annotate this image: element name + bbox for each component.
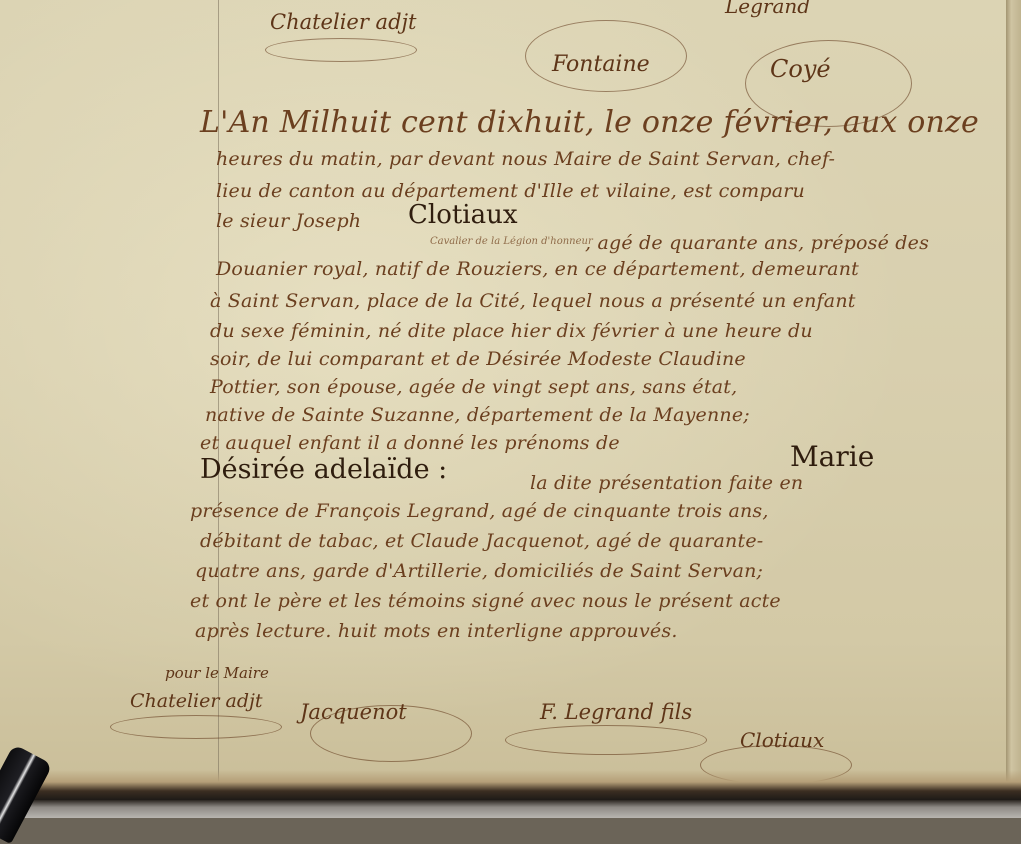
act-line-16: et ont le père et les témoins signé avec…: [190, 590, 781, 612]
father-surname: Clotiaux: [408, 200, 518, 230]
act-line-13: présence de François Legrand, agé de cin…: [190, 500, 769, 522]
act-line-9: Pottier, son épouse, agée de vingt sept …: [210, 376, 737, 398]
act-line-6: à Saint Servan, place de la Cité, lequel…: [210, 290, 856, 312]
signature-flourish: [525, 20, 687, 92]
page-edge-bottom: [0, 770, 1021, 800]
act-line-4-prefix: le sieur Joseph: [216, 210, 361, 232]
act-line-11: et auquel enfant il a donné les prénoms …: [200, 432, 620, 454]
act-line-15: quatre ans, garde d'Artillerie, domicili…: [195, 560, 763, 582]
page-edge-right: [1006, 0, 1021, 800]
act-line-5: Douanier royal, natif de Rouziers, en ce…: [216, 258, 859, 280]
act-line-7: du sexe féminin, né dite place hier dix …: [210, 320, 813, 342]
child-name-marie: Marie: [790, 440, 874, 473]
signature-legrand: F. Legrand fils: [540, 700, 692, 724]
act-line-2: heures du matin, par devant nous Maire d…: [216, 148, 835, 170]
act-line-4-suffix: , agé de quarante ans, préposé des: [585, 232, 929, 254]
signature-legrand-top: Legrand: [725, 0, 810, 18]
frame-bottom: [0, 800, 1021, 818]
act-line-1: L'An Milhuit cent dixhuit, le onze févri…: [200, 106, 979, 140]
signature-flourish: [505, 725, 707, 755]
signature-flourish: [310, 705, 472, 762]
act-line-12: la dite présentation faite en: [530, 472, 803, 494]
interlinear-note: Cavalier de la Légion d'honneur: [430, 236, 593, 247]
act-line-10: native de Sainte Suzanne, département de…: [205, 404, 750, 426]
child-name-desiree-adelaide: Désirée adelaïde :: [200, 454, 447, 485]
signature-flourish: [110, 715, 282, 739]
act-line-14: débitant de tabac, et Claude Jacquenot, …: [200, 530, 763, 552]
act-line-17: après lecture. huit mots en interligne a…: [195, 620, 678, 642]
act-line-3: lieu de canton au département d'Ille et …: [216, 180, 805, 202]
signature-chatelier-top: Chatelier adjt: [270, 10, 416, 34]
signature-chatelier: Chatelier adjt: [130, 690, 263, 712]
act-line-8: soir, de lui comparant et de Désirée Mod…: [210, 348, 746, 370]
pour-le-maire-label: pour le Maire: [165, 664, 269, 682]
signature-flourish: [265, 38, 417, 62]
register-page: Chatelier adjt Fontaine Coyé Legrand L'A…: [0, 0, 1008, 800]
